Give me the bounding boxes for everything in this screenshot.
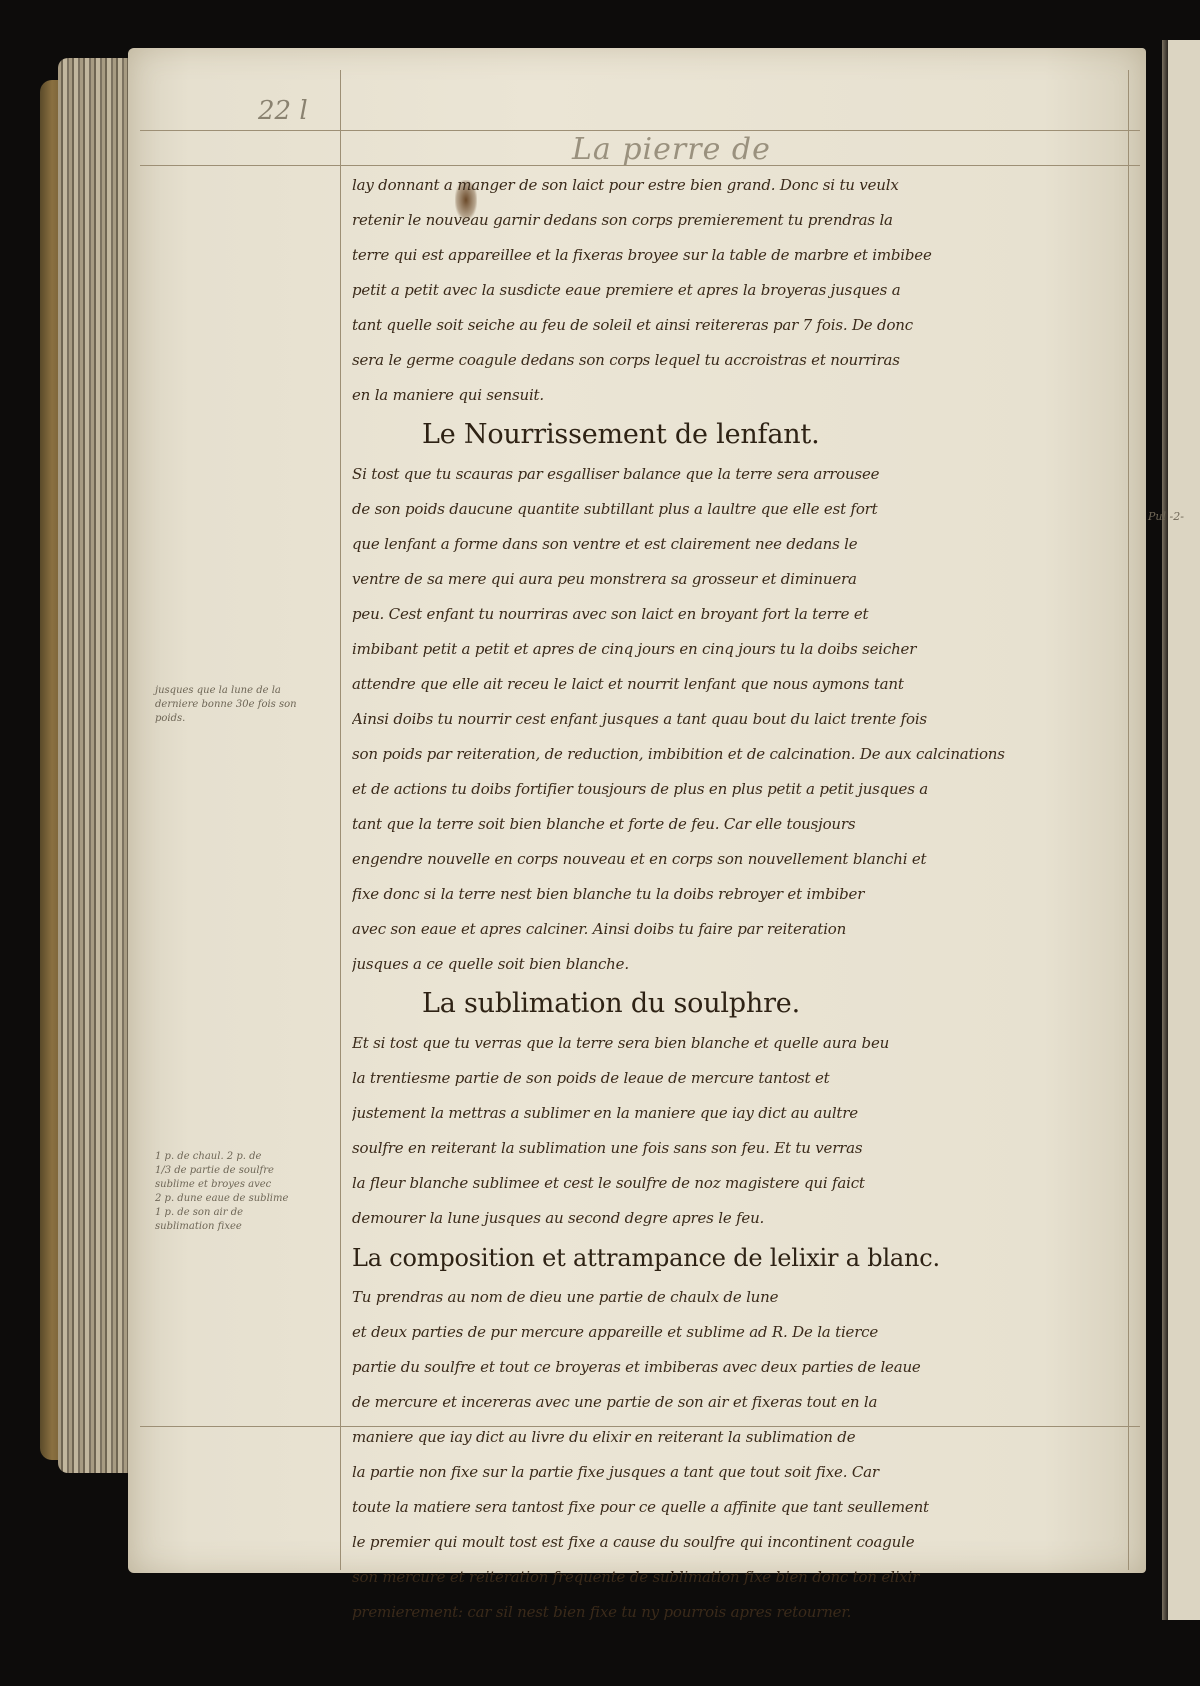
paragraph-3: Et si tost que tu verras que la terre se… <box>352 1026 1122 1236</box>
text-line: Et si tost que tu verras que la terre se… <box>352 1026 1122 1061</box>
margin-note-line: sublime et broyes avec <box>155 1178 335 1192</box>
margin-note-line: jusques que la lune de la <box>155 684 335 698</box>
text-line: maniere que iay dict au livre du elixir … <box>352 1420 1122 1455</box>
section-heading: La sublimation du soulphre. <box>352 982 1122 1026</box>
text-line: ventre de sa mere qui aura peu monstrera… <box>352 562 1122 597</box>
text-line: premierement: car sil nest bien fixe tu … <box>352 1595 1122 1630</box>
text-line: la fleur blanche sublimee et cest le sou… <box>352 1166 1122 1201</box>
text-line: jusques a ce quelle soit bien blanche. <box>352 947 1122 982</box>
text-line: la partie non fixe sur la partie fixe ju… <box>352 1455 1122 1490</box>
text-line: la trentiesme partie de son poids de lea… <box>352 1061 1122 1096</box>
section-heading: La composition et attrampance de lelixir… <box>352 1236 1122 1280</box>
main-text-block: lay donnant a manger de son laict pour e… <box>352 168 1122 1630</box>
text-line: demourer la lune jusques au second degre… <box>352 1201 1122 1236</box>
paragraph-2: Si tost que tu scauras par esgalliser ba… <box>352 457 1122 982</box>
margin-note-line: 2 p. dune eaue de sublime <box>155 1192 335 1206</box>
text-line: Ainsi doibs tu nourrir cest enfant jusqu… <box>352 702 1122 737</box>
text-line: terre qui est appareillee et la fixeras … <box>352 238 1122 273</box>
text-line: son poids par reiteration, de reduction,… <box>352 737 1122 772</box>
text-line: petit a petit avec la susdicte eaue prem… <box>352 273 1122 308</box>
text-line: de son poids daucune quantite subtillant… <box>352 492 1122 527</box>
text-line: justement la mettras a sublimer en la ma… <box>352 1096 1122 1131</box>
text-line: Tu prendras au nom de dieu une partie de… <box>352 1280 1122 1315</box>
margin-note-line: 1 p. de chaul. 2 p. de <box>155 1150 335 1164</box>
margin-note-line: poids. <box>155 712 335 726</box>
text-line: attendre que elle ait receu le laict et … <box>352 667 1122 702</box>
margin-note-2: 1 p. de chaul. 2 p. de 1/3 de partie de … <box>155 1150 335 1234</box>
text-line: son mercure et reiteration frequente de … <box>352 1560 1122 1595</box>
text-line: retenir le nouveau garnir dedans son cor… <box>352 203 1122 238</box>
text-line: sera le germe coagule dedans son corps l… <box>352 343 1122 378</box>
margin-rule-left <box>340 70 341 1570</box>
margin-note-line: 1 p. de son air de <box>155 1206 335 1220</box>
text-line: et deux parties de pur mercure appareill… <box>352 1315 1122 1350</box>
text-line: Si tost que tu scauras par esgalliser ba… <box>352 457 1122 492</box>
margin-note-line: sublimation fixee <box>155 1220 335 1234</box>
text-line: et de actions tu doibs fortifier tousjou… <box>352 772 1122 807</box>
running-head: La pierre de <box>572 132 771 167</box>
text-line: le premier qui moult tost est fixe a cau… <box>352 1525 1122 1560</box>
text-line: fixe donc si la terre nest bien blanche … <box>352 877 1122 912</box>
paragraph-1: lay donnant a manger de son laict pour e… <box>352 168 1122 413</box>
text-line: que lenfant a forme dans son ventre et e… <box>352 527 1122 562</box>
text-line: soulfre en reiterant la sublimation une … <box>352 1131 1122 1166</box>
paragraph-4: Tu prendras au nom de dieu une partie de… <box>352 1280 1122 1630</box>
margin-rule-right <box>1128 70 1129 1570</box>
text-line: avec son eaue et apres calciner. Ainsi d… <box>352 912 1122 947</box>
text-line: en la maniere qui sensuit. <box>352 378 1122 413</box>
text-line: toute la matiere sera tantost fixe pour … <box>352 1490 1122 1525</box>
text-line: de mercure et incereras avec une partie … <box>352 1385 1122 1420</box>
margin-note-line: derniere bonne 30e fois son <box>155 698 335 712</box>
page-edges <box>58 58 136 1473</box>
margin-note-1: jusques que la lune de la derniere bonne… <box>155 684 335 726</box>
margin-note-right: Pul -2- <box>1148 510 1184 523</box>
section-heading: Le Nourrissement de lenfant. <box>352 413 1122 457</box>
margin-note-line: 1/3 de partie de soulfre <box>155 1164 335 1178</box>
text-line: imbibant petit a petit et apres de cinq … <box>352 632 1122 667</box>
text-line: lay donnant a manger de son laict pour e… <box>352 168 1122 203</box>
header-rule-top <box>140 130 1140 131</box>
text-line: engendre nouvelle en corps nouveau et en… <box>352 842 1122 877</box>
folio-number: 22 l <box>258 96 308 126</box>
text-line: partie du soulfre et tout ce broyeras et… <box>352 1350 1122 1385</box>
text-line: peu. Cest enfant tu nourriras avec son l… <box>352 597 1122 632</box>
text-line: tant quelle soit seiche au feu de soleil… <box>352 308 1122 343</box>
text-line: tant que la terre soit bien blanche et f… <box>352 807 1122 842</box>
facing-page-edge <box>1168 40 1200 1620</box>
